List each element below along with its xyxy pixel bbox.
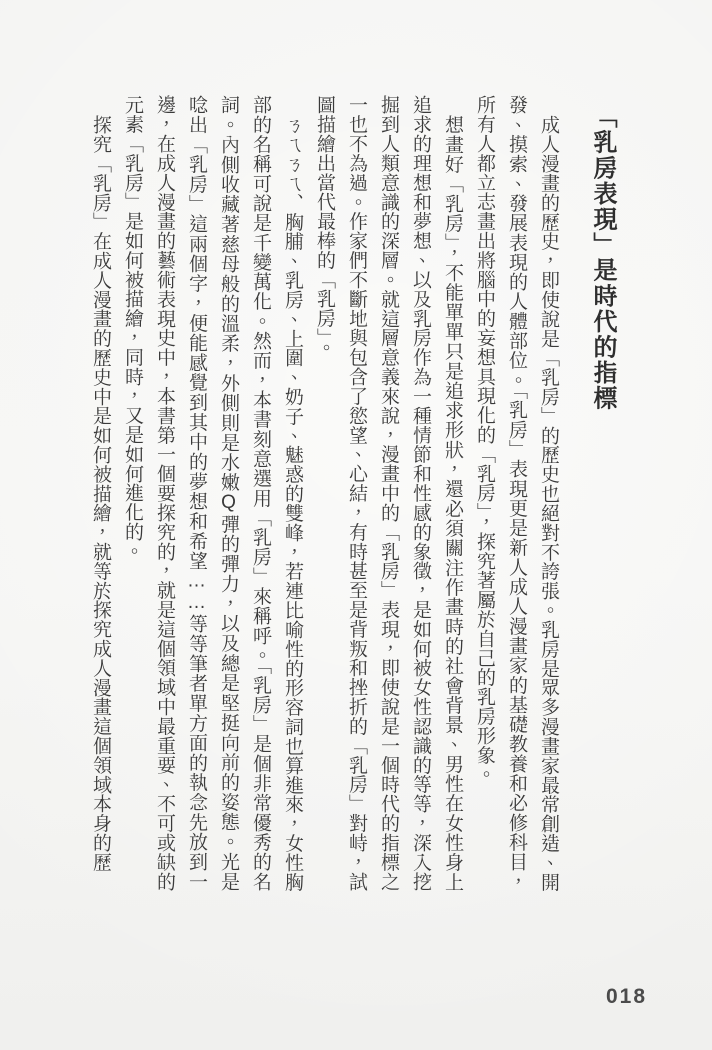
body-text-block: 成人漫畫的歷史，即使說是「乳房」的歷史也絕對不誇張。乳房是眾多漫畫家最常創造、開… bbox=[84, 95, 564, 891]
body-paragraph: 想畫好「乳房」，不能單單只是追求形狀，還必須關注作畫時的社會背景、男性在女性身上… bbox=[308, 95, 468, 891]
body-paragraph: 成人漫畫的歷史，即使說是「乳房」的歷史也絕對不誇張。乳房是眾多漫畫家最常創造、開… bbox=[468, 95, 564, 891]
page-number: 018 bbox=[606, 985, 647, 1009]
book-page: 「乳房表現」是時代的指標 成人漫畫的歷史，即使說是「乳房」的歷史也絕對不誇張。乳… bbox=[0, 0, 712, 1050]
chapter-title: 「乳房表現」是時代的指標 bbox=[585, 104, 620, 411]
body-paragraph: 探究「乳房」在成人漫畫的歷史中是如何被描繪，就等於探究成人漫畫這個領域本身的歷 bbox=[84, 95, 116, 891]
body-paragraph: ㄋㄟㄋㄟ、胸脯、乳房、上圍、奶子、魅惑的雙峰，若連比喻性的形容詞也算進來，女性胸… bbox=[116, 95, 308, 891]
